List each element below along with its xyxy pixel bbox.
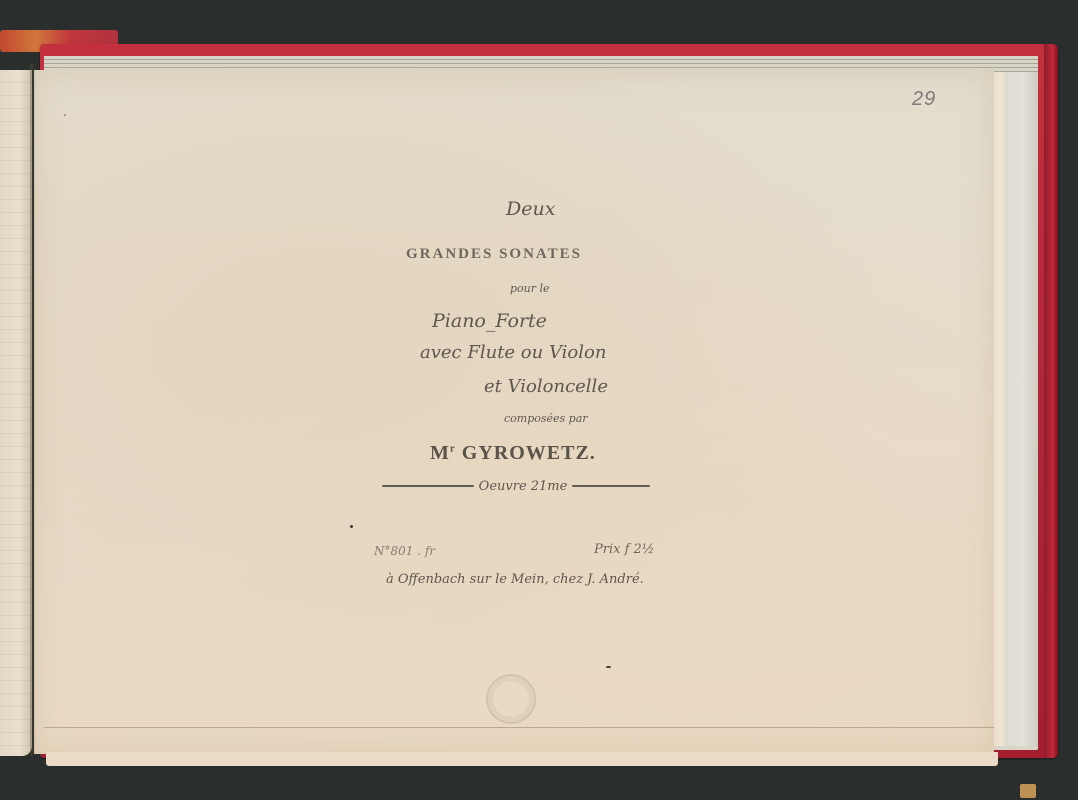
paper-speck — [64, 114, 66, 116]
cover-corner-worn-bottom-right — [1020, 784, 1036, 798]
composer-prefix-sup: r — [450, 442, 456, 454]
title-composees-par: composées par — [504, 412, 588, 425]
gutter-shadow — [30, 64, 36, 756]
paper-speck — [350, 525, 353, 528]
folio-number: 29 — [912, 88, 936, 111]
price: Prix f 2½ — [594, 542, 654, 557]
title-grandes-sonates: GRANDES SONATES — [406, 246, 582, 263]
opus-rule-right — [572, 485, 650, 487]
library-stamp — [486, 674, 536, 724]
plate-number: N°801 . fr — [374, 544, 435, 558]
opus-row: Oeuvre 21me — [382, 476, 650, 496]
paper-speck — [606, 666, 611, 668]
opus-number: Oeuvre 21me — [479, 479, 568, 494]
composer-prefix: M — [430, 442, 450, 464]
title-instrumentation: avec Flute ou Violon — [420, 342, 606, 363]
cover-spine-edge — [1044, 44, 1058, 758]
left-facing-page — [0, 70, 32, 756]
opus-rule-left — [382, 485, 474, 487]
plate-mark-line — [44, 727, 994, 728]
composer-name: Mr GYROWETZ. — [430, 442, 596, 465]
composer-surname: GYROWETZ. — [462, 442, 596, 464]
title-page: 29 Deux GRANDES SONATES pour le Piano_Fo… — [34, 70, 994, 754]
title-deux: Deux — [506, 198, 555, 220]
publisher-imprint: à Offenbach sur le Mein, chez J. André. — [386, 572, 644, 587]
title-violoncelle: et Violoncelle — [484, 376, 608, 397]
page-bottom-edge — [46, 752, 998, 766]
left-page-texture — [0, 70, 32, 756]
title-pour-le: pour le — [510, 282, 550, 295]
title-piano-forte: Piano_Forte — [432, 310, 547, 332]
page-stack-right-edge — [992, 72, 1038, 746]
document-scan: 29 Deux GRANDES SONATES pour le Piano_Fo… — [0, 0, 1078, 800]
